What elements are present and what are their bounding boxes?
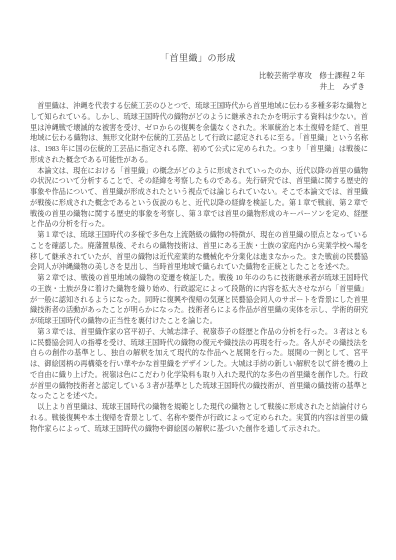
paragraph-conclusion: 以上より首里織は、琉球王国時代の織物を規範とした現代の織物として戦後に形成された… (30, 402, 368, 434)
abstract-body: 首里織は、沖縄を代表する伝統工芸のひとつで、琉球王国時代から首里地域に伝わる多種… (30, 101, 368, 434)
paragraph-chapter3: 第３章では、首里織作家の宮平初子、大城志津子、祝嶺恭子の経歴と作品の分析を行った… (30, 327, 368, 402)
paragraph-intro: 首里織は、沖縄を代表する伝統工芸のひとつで、琉球王国時代から首里地域に伝わる多種… (30, 101, 368, 166)
paragraph-thesis-purpose: 本論文は、現在における「首里織」の概念がどのように形成されていったのか、近代以降… (30, 166, 368, 231)
paragraph-chapter1: 第１章では、琉球王国時代の多様で多色な上流階級の織物の特徴が、現在の首里織の原点… (30, 230, 368, 273)
author-name: 井上 みずき (259, 82, 365, 93)
document-page: 「首里織」の形成 比較芸術学専攻 修士課程２年 井上 みずき 首里織は、沖縄を代… (0, 0, 396, 560)
paragraph-chapter2: 第２章では、戦後の首里地域の織物の変遷を検証した。戦後 10 年ののちに技術継承… (30, 273, 368, 327)
author-affiliation: 比較芸術学専攻 修士課程２年 (259, 71, 365, 82)
author-block: 比較芸術学専攻 修士課程２年 井上 みずき (259, 71, 365, 92)
page-title: 「首里織」の形成 (0, 51, 396, 64)
